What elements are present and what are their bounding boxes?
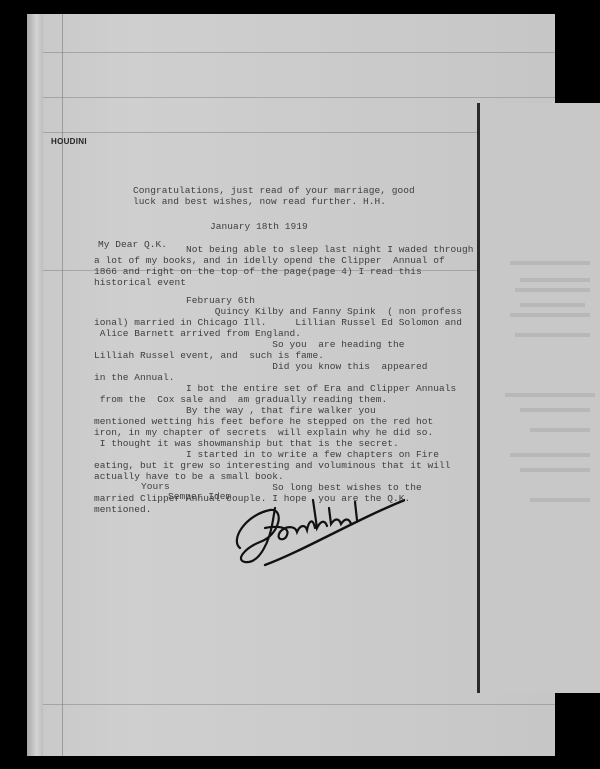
letter-body: Not being able to sleep last night I wad… bbox=[94, 244, 474, 515]
letter-paragraph: Did you know this appeared in the Annual… bbox=[94, 361, 474, 383]
handwritten-note: Congratulations, just read of your marri… bbox=[133, 185, 415, 207]
overlapping-page bbox=[477, 103, 600, 693]
letter-paragraph: I bot the entire set of Era and Clipper … bbox=[94, 383, 474, 405]
ruled-line bbox=[43, 704, 555, 705]
letter-date: January 18th 1919 bbox=[210, 221, 308, 232]
ruled-line bbox=[43, 52, 555, 53]
letter-paragraph: By the way , that fire walker you mentio… bbox=[94, 405, 474, 449]
page-binding-edge bbox=[27, 14, 43, 756]
letter-paragraph: February 6th Quincy Kilby and Fanny Spin… bbox=[94, 295, 474, 339]
margin-line bbox=[62, 14, 63, 756]
letter-paragraph: Not being able to sleep last night I wad… bbox=[94, 244, 474, 288]
letter-closing: Yours bbox=[141, 481, 170, 492]
signature bbox=[225, 480, 405, 570]
letter-paragraph: So you are heading the Lilliah Russel ev… bbox=[94, 339, 474, 361]
ruled-line bbox=[43, 97, 555, 98]
letterhead-label: HOUDINI bbox=[51, 137, 87, 146]
letter-paragraph: I started in to write a few chapters on … bbox=[94, 449, 474, 482]
letter-closing-motto: Semper Idem bbox=[168, 491, 231, 502]
